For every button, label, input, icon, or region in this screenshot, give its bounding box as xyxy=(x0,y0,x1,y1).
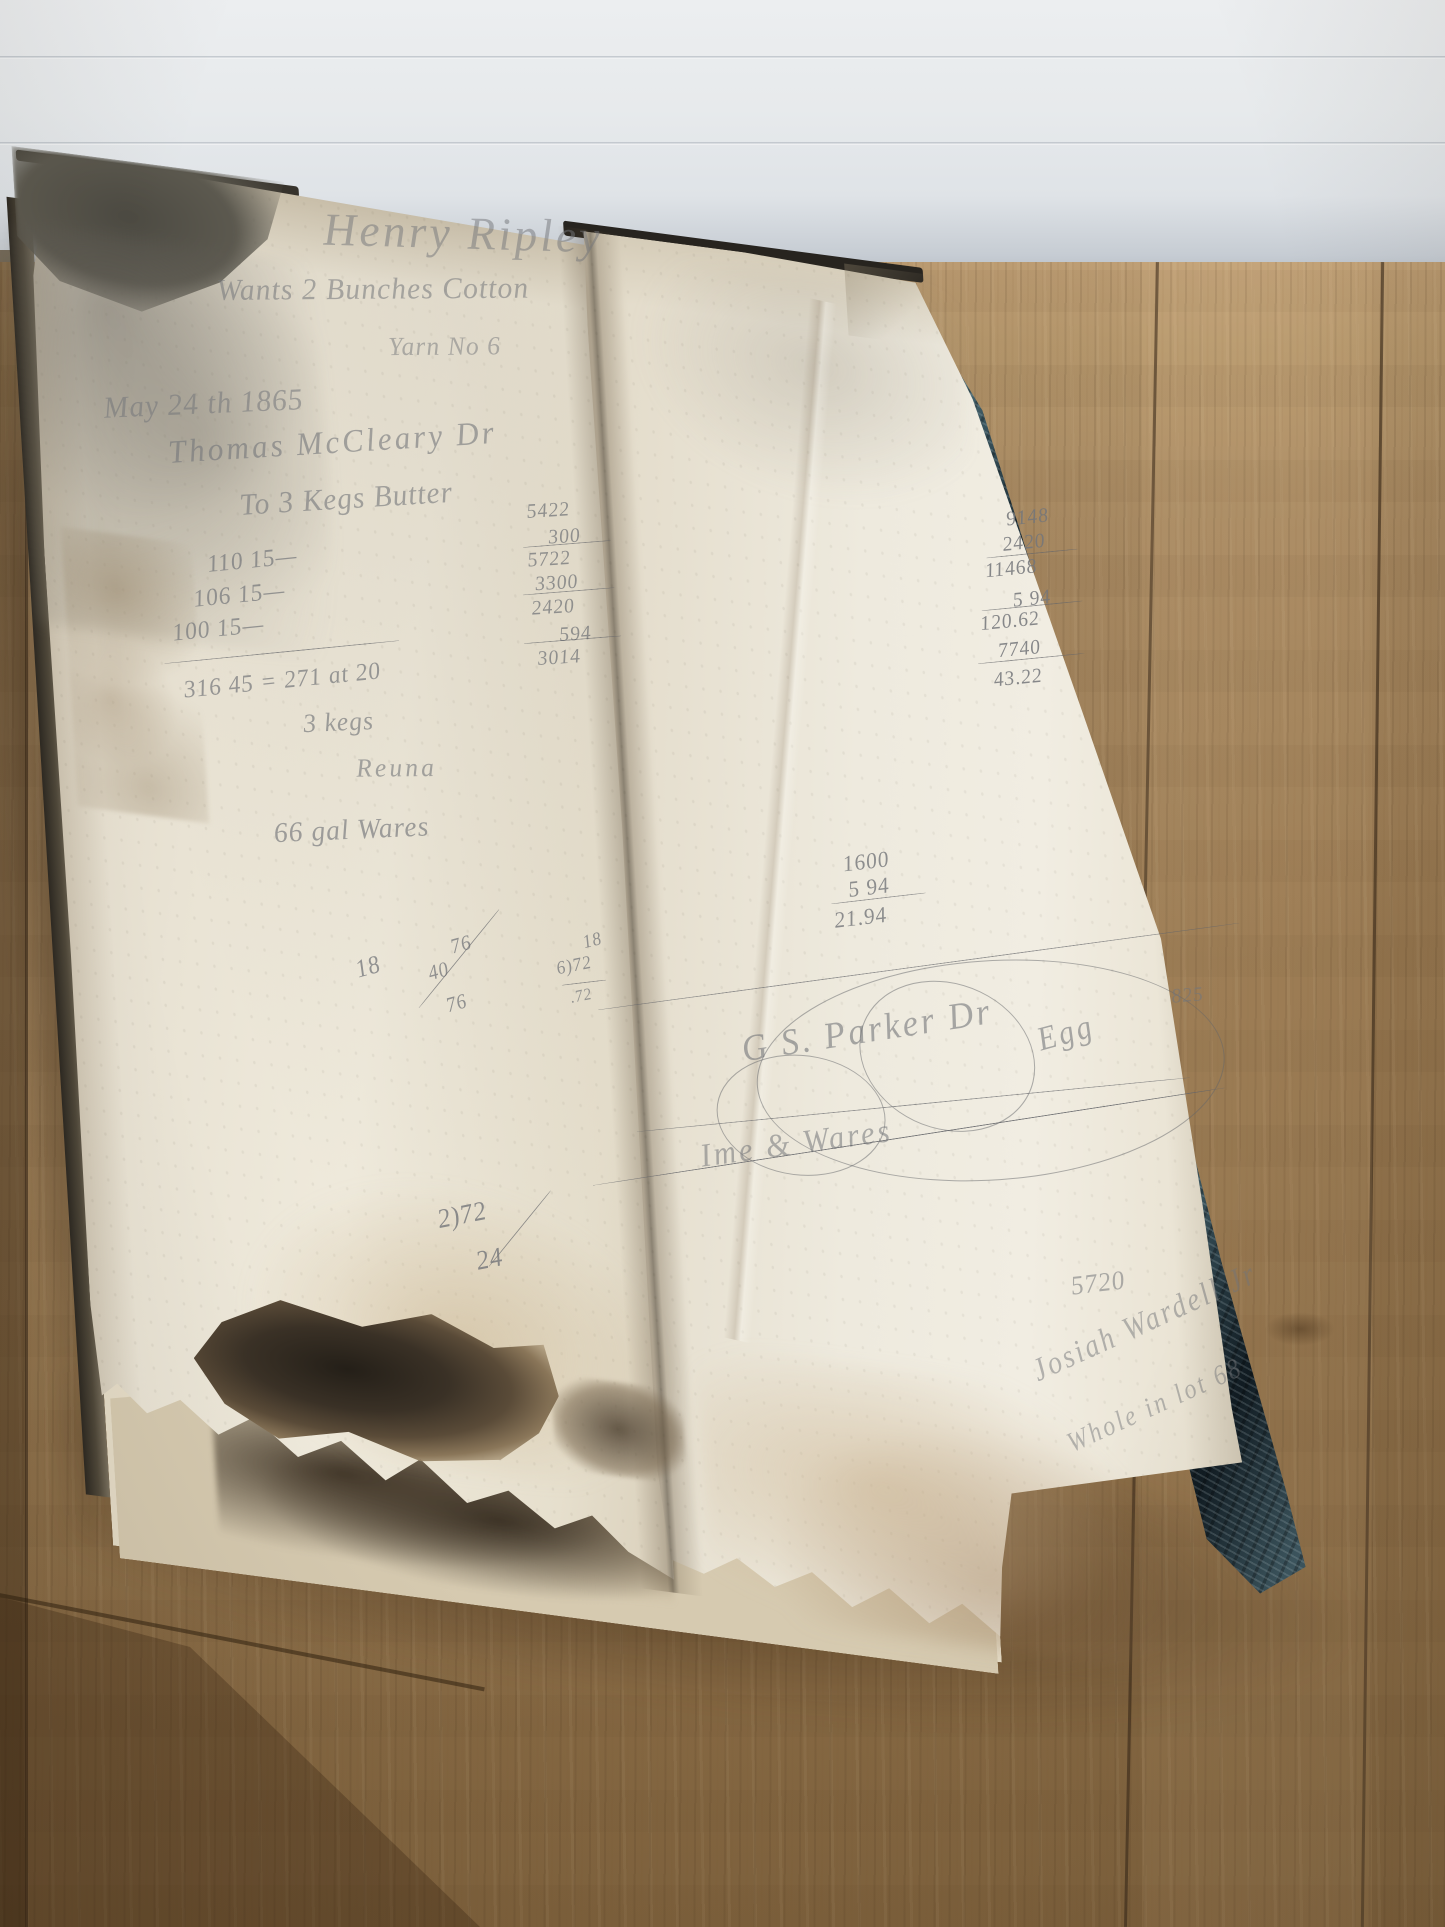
three-kegs: 3 kegs xyxy=(302,706,375,739)
photo-stage: Henry RipleyWants 2 Bunches CottonYarn N… xyxy=(0,0,1445,1927)
wall-plank-seam xyxy=(0,56,1445,59)
div-6-72: 6)72 xyxy=(554,951,594,979)
div-6-line xyxy=(562,980,607,986)
frac-76b: 76 xyxy=(443,990,470,1019)
col1-3014: 3014 xyxy=(536,645,582,671)
gal-wares: 66 gal Wares xyxy=(272,811,430,850)
col2-12062: 120.62 xyxy=(979,607,1042,636)
handwriting-layer: Henry RipleyWants 2 Bunches CottonYarn N… xyxy=(20,155,1317,1712)
ledger-book: Henry RipleyWants 2 Bunches CottonYarn N… xyxy=(20,155,1317,1712)
cotton-note: Wants 2 Bunches Cotton xyxy=(216,271,531,308)
num-825: 825 xyxy=(1170,983,1205,1009)
col1-2420: 2420 xyxy=(530,595,576,621)
col2-9148: 9148 xyxy=(1004,504,1050,532)
num-110: 110 15— xyxy=(205,543,299,579)
num-100: 100 15— xyxy=(170,611,266,647)
wall-plank-seam xyxy=(0,142,1445,145)
num-106: 106 15— xyxy=(191,577,287,613)
col1-5722: 5722 xyxy=(526,547,572,573)
col2-11468: 11468 xyxy=(984,555,1039,583)
div-2-72: 2)72 xyxy=(434,1195,490,1235)
col1-5422: 5422 xyxy=(525,498,571,524)
date-1865: May 24 th 1865 xyxy=(102,383,305,426)
div-2-24: 24 xyxy=(473,1241,507,1277)
col2-4322: 43.22 xyxy=(992,664,1044,692)
col1-594: 594 xyxy=(558,622,593,647)
kegs-butter: To 3 Kegs Butter xyxy=(238,475,455,522)
blk-2194: 21.94 xyxy=(832,901,889,934)
num-5720: 5720 xyxy=(1069,1265,1128,1302)
num-18: 18 xyxy=(352,951,384,985)
div-6-12: .72 xyxy=(568,985,594,1007)
num-316: 316 45 = 271 at 20 xyxy=(182,658,383,705)
col1-300: 300 xyxy=(547,524,582,549)
yarn-note: Yarn No 6 xyxy=(387,331,501,362)
thomas-mccleary: Thomas McCleary Dr xyxy=(166,413,498,471)
henry-ripley: Henry Ripley xyxy=(322,202,603,263)
reuna: Reuna xyxy=(355,753,438,784)
num-18b: 18 xyxy=(580,928,604,954)
